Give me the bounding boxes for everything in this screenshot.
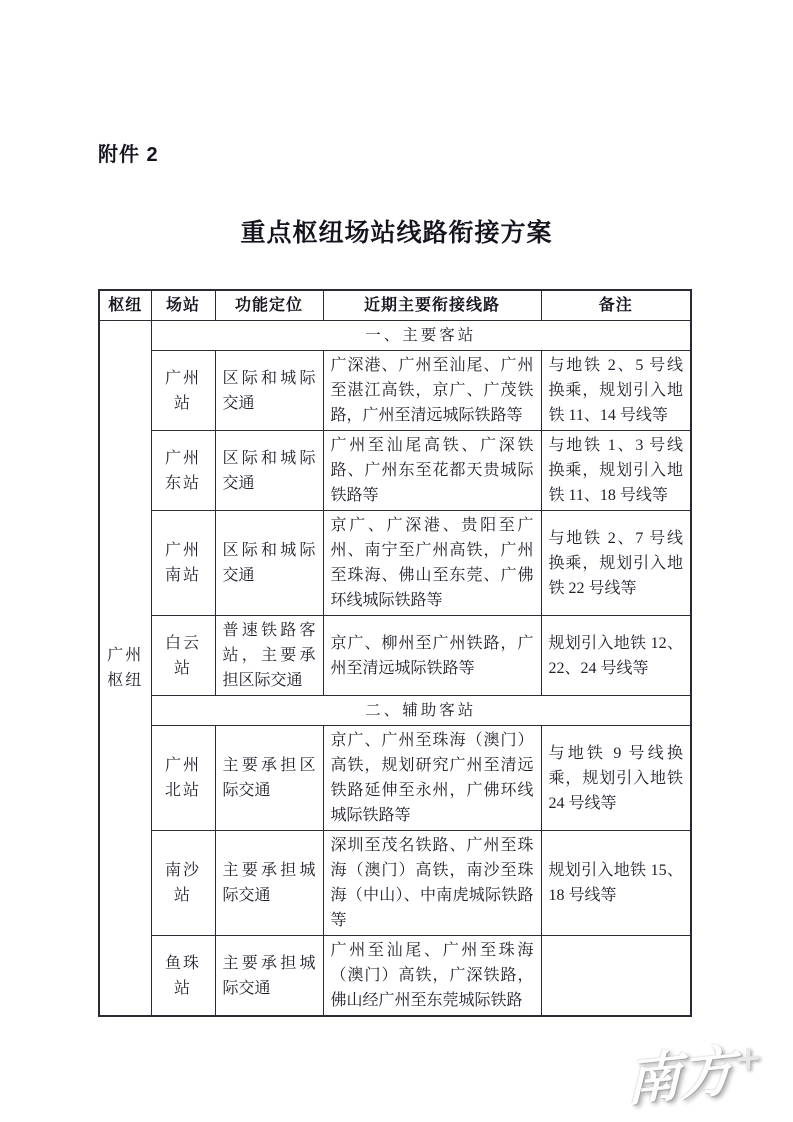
station-cell: 南沙站 (151, 831, 215, 936)
station-cell: 广州 北站 (151, 726, 215, 831)
notes-cell: 与地铁 2、5 号线换乘，规划引入地铁 11、14 号线等 (541, 351, 691, 431)
function-cell: 主要承担城际交通 (215, 831, 323, 936)
function-cell: 普速铁路客站，主要承担区际交通 (215, 616, 323, 696)
attachment-label: 附件 2 (98, 138, 159, 167)
lines-cell: 广深港、广州至汕尾、广州至湛江高铁，京广、广茂铁路，广州至清远城际铁路等 (323, 351, 541, 431)
header-row: 枢纽 场站 功能定位 近期主要衔接线路 备注 (99, 290, 691, 321)
function-cell: 区际和城际交通 (215, 351, 323, 431)
section-row: 广州 枢纽一、主要客站 (99, 321, 691, 351)
table-row: 广州 南站区际和城际交通京广、广深港、贵阳至广州、南宁至广州高铁，广州至珠海、佛… (99, 511, 691, 616)
section-row: 二、辅助客站 (99, 696, 691, 726)
section-title: 二、辅助客站 (151, 696, 691, 726)
table-body: 广州 枢纽一、主要客站广州站区际和城际交通广深港、广州至汕尾、广州至湛江高铁，京… (99, 321, 691, 1017)
header-cell-station: 场站 (151, 290, 215, 321)
table-row: 白云站普速铁路客站，主要承担区际交通京广、柳州至广州铁路，广州至清远城际铁路等规… (99, 616, 691, 696)
header-cell-notes: 备注 (541, 290, 691, 321)
function-cell: 区际和城际交通 (215, 431, 323, 511)
page-title: 重点枢纽场站线路衔接方案 (0, 213, 793, 249)
lines-cell: 京广、柳州至广州铁路，广州至清远城际铁路等 (323, 616, 541, 696)
header-cell-hub: 枢纽 (99, 290, 151, 321)
station-cell: 广州 东站 (151, 431, 215, 511)
station-cell: 广州站 (151, 351, 215, 431)
table-header: 枢纽 场站 功能定位 近期主要衔接线路 备注 (99, 290, 691, 321)
hub-cell: 广州 枢纽 (99, 321, 151, 1017)
station-cell: 鱼珠站 (151, 936, 215, 1017)
table-row: 广州站区际和城际交通广深港、广州至汕尾、广州至湛江高铁，京广、广茂铁路，广州至清… (99, 351, 691, 431)
notes-cell: 与地铁 2、7 号线换乘，规划引入地铁 22 号线等 (541, 511, 691, 616)
lines-cell: 京广、广深港、贵阳至广州、南宁至广州高铁，广州至珠海、佛山至东莞、广佛环线城际铁… (323, 511, 541, 616)
nanfang-logo-text: 南方 (627, 1038, 734, 1114)
function-cell: 区际和城际交通 (215, 511, 323, 616)
header-cell-lines: 近期主要衔接线路 (323, 290, 541, 321)
notes-cell: 规划引入地铁 12、22、24 号线等 (541, 616, 691, 696)
station-cell: 广州 南站 (151, 511, 215, 616)
notes-cell (541, 936, 691, 1017)
lines-cell: 深圳至茂名铁路、广州至珠海（澳门）高铁，南沙至珠海（中山）、中南虎城际铁路等 (323, 831, 541, 936)
lines-cell: 广州至汕尾、广州至珠海（澳门）高铁，广深铁路，佛山经广州至东莞城际铁路 (323, 936, 541, 1017)
lines-cell: 京广、广州至珠海（澳门）高铁，规划研究广州至清远铁路延伸至永州，广佛环线城际铁路… (323, 726, 541, 831)
notes-cell: 规划引入地铁 15、18 号线等 (541, 831, 691, 936)
header-cell-function: 功能定位 (215, 290, 323, 321)
document-page: 附件 2 重点枢纽场站线路衔接方案 枢纽 场站 功能定位 近期主要衔接线路 备注… (0, 0, 793, 1122)
table-row: 鱼珠站主要承担城际交通广州至汕尾、广州至珠海（澳门）高铁，广深铁路，佛山经广州至… (99, 936, 691, 1017)
plus-icon: + (734, 1037, 762, 1080)
notes-cell: 与地铁 9 号线换乘，规划引入地铁 24 号线等 (541, 726, 691, 831)
function-cell: 主要承担城际交通 (215, 936, 323, 1017)
nanfang-plus-logo: 南方+ (612, 1013, 776, 1116)
lines-cell: 广州至汕尾高铁、广深铁路、广州东至花都天贵城际铁路等 (323, 431, 541, 511)
hub-stations-table: 枢纽 场站 功能定位 近期主要衔接线路 备注 广州 枢纽一、主要客站广州站区际和… (98, 289, 692, 1017)
function-cell: 主要承担区际交通 (215, 726, 323, 831)
notes-cell: 与地铁 1、3 号线换乘，规划引入地铁 11、18 号线等 (541, 431, 691, 511)
station-cell: 白云站 (151, 616, 215, 696)
section-title: 一、主要客站 (151, 321, 691, 351)
table-row: 南沙站主要承担城际交通深圳至茂名铁路、广州至珠海（澳门）高铁，南沙至珠海（中山）… (99, 831, 691, 936)
table-row: 广州 东站区际和城际交通广州至汕尾高铁、广深铁路、广州东至花都天贵城际铁路等与地… (99, 431, 691, 511)
table-row: 广州 北站主要承担区际交通京广、广州至珠海（澳门）高铁，规划研究广州至清远铁路延… (99, 726, 691, 831)
